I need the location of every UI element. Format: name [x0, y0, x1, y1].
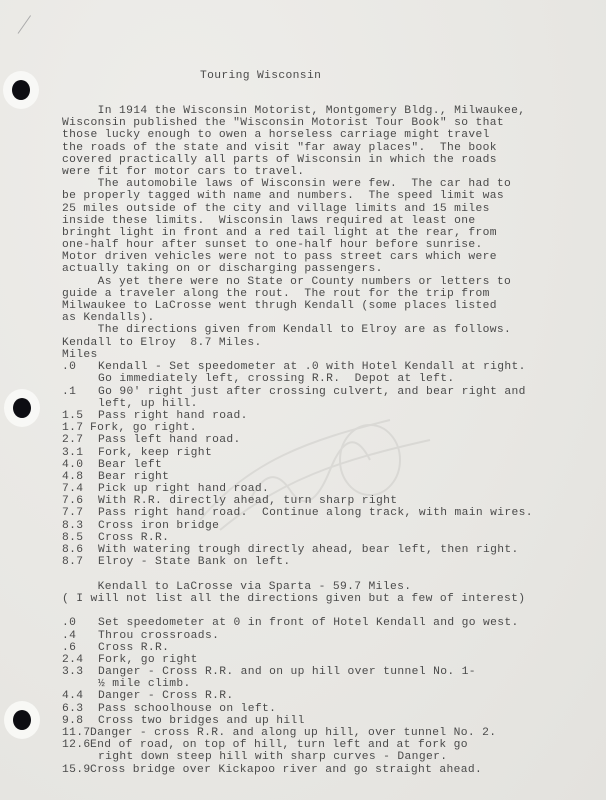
paragraph-line: the roads of the state and visit "far aw… [62, 142, 525, 154]
paragraph-line: Miles [62, 349, 525, 361]
mileage [62, 373, 98, 385]
mileage: 4.0 [62, 459, 98, 471]
direction-text: Cross R.R. [98, 642, 169, 654]
mileage: 2.7 [62, 434, 98, 446]
direction-text: Go immediately left, crossing R.R. Depot… [98, 373, 454, 385]
mileage: 7.4 [62, 483, 98, 495]
mileage: 8.7 [62, 556, 98, 568]
direction-row: 2.7Pass left hand road. [62, 434, 533, 446]
paragraph-line: Wisconsin published the "Wisconsin Motor… [62, 117, 525, 129]
direction-text: With watering trough directly ahead, bea… [98, 544, 519, 556]
paragraph-line: inside these limits. Wisconsin laws requ… [62, 215, 525, 227]
direction-text: With R.R. directly ahead, turn sharp rig… [98, 495, 397, 507]
direction-text: Cross R.R. [98, 532, 169, 544]
mileage: .0 [62, 617, 98, 629]
direction-row: 8.5Cross R.R. [62, 532, 533, 544]
paragraph-line: As yet there were no State or County num… [62, 276, 525, 288]
mileage [62, 678, 98, 690]
paragraph-line: actually taking on or discharging passen… [62, 263, 525, 275]
direction-row: 4.4Danger - Cross R.R. [62, 690, 525, 702]
paragraph-line: those lucky enough to owen a horseless c… [62, 129, 525, 141]
direction-text: Danger - cross R.R. and along up hill, o… [90, 727, 496, 739]
direction-text: left, up hill. [98, 398, 198, 410]
direction-text: Danger - Cross R.R. [98, 690, 233, 702]
paragraph-line: Motor driven vehicles were not to pass s… [62, 251, 525, 263]
mileage: 7.6 [62, 495, 98, 507]
direction-row: 8.7Elroy - State Bank on left. [62, 556, 533, 568]
mileage: .1 [62, 386, 98, 398]
direction-text: Pass right hand road. Continue along tra… [98, 507, 533, 519]
mileage: .4 [62, 630, 98, 642]
direction-row: left, up hill. [62, 398, 533, 410]
mileage: 4.4 [62, 690, 98, 702]
direction-row: .0Kendall - Set speedometer at .0 with H… [62, 361, 533, 373]
direction-row: 6.3Pass schoolhouse on left. [62, 703, 525, 715]
paragraph-line: guide a traveler along the rout. The rou… [62, 288, 525, 300]
paragraph-line: covered practically all parts of Wiscons… [62, 154, 525, 166]
direction-row: 12.6End of road, on top of hill, turn le… [62, 739, 525, 751]
mileage: 1.5 [62, 410, 98, 422]
intro-text: In 1914 the Wisconsin Motorist, Montgome… [62, 105, 525, 361]
paragraph-line: one-half hour after sunset to one-half h… [62, 239, 525, 251]
direction-text: Cross iron bridge [98, 520, 219, 532]
direction-row: .6Cross R.R. [62, 642, 525, 654]
direction-row: Go immediately left, crossing R.R. Depot… [62, 373, 533, 385]
direction-row: .0Set speedometer at 0 in front of Hotel… [62, 617, 525, 629]
direction-row: ½ mile climb. [62, 678, 525, 690]
route-heading: Kendall to LaCrosse via Sparta - 59.7 Mi… [62, 581, 525, 593]
direction-row: 4.8Bear right [62, 471, 533, 483]
mileage: 9.8 [62, 715, 98, 727]
paragraph-line: as Kendalls). [62, 312, 525, 324]
direction-row: 7.7Pass right hand road. Continue along … [62, 507, 533, 519]
mileage: 1.7 [62, 422, 90, 434]
punch-hole-icon [13, 710, 31, 730]
paragraph-line: be properly tagged with name and numbers… [62, 190, 525, 202]
mileage: 4.8 [62, 471, 98, 483]
direction-row: right down steep hill with sharp curves … [62, 751, 525, 763]
mileage: .6 [62, 642, 98, 654]
pencil-mark [18, 15, 31, 34]
paragraph-line: Milwaukee to LaCrosse went thrugh Kendal… [62, 300, 525, 312]
direction-row: 1.5Pass right hand road. [62, 410, 533, 422]
mileage: 8.3 [62, 520, 98, 532]
mileage: 8.5 [62, 532, 98, 544]
direction-text: End of road, on top of hill, turn left a… [90, 739, 468, 751]
direction-row: .1Go 90' right just after crossing culve… [62, 386, 533, 398]
direction-text: Throu crossroads. [98, 630, 219, 642]
direction-text: Pass schoolhouse on left. [98, 703, 276, 715]
paragraph-line: 25 miles outside of the city and village… [62, 203, 525, 215]
direction-text: Bear right [98, 471, 169, 483]
mileage: 2.4 [62, 654, 98, 666]
mileage: 3.1 [62, 447, 98, 459]
direction-text: Go 90' right just after crossing culvert… [98, 386, 526, 398]
punch-hole-icon [13, 398, 31, 418]
direction-row: 7.4Pick up right hand road. [62, 483, 533, 495]
paragraph-line: The automobile laws of Wisconsin were fe… [62, 178, 525, 190]
direction-text: Kendall - Set speedometer at .0 with Hot… [98, 361, 526, 373]
mileage: .0 [62, 361, 98, 373]
document-page: Touring Wisconsin In 1914 the Wisconsin … [0, 0, 606, 800]
route-kendall-elroy: .0Kendall - Set speedometer at .0 with H… [62, 361, 533, 568]
paragraph-line: The directions given from Kendall to Elr… [62, 324, 525, 336]
mileage: 6.3 [62, 703, 98, 715]
direction-text: Fork, go right [98, 654, 198, 666]
direction-text: Cross two bridges and up hill [98, 715, 305, 727]
mileage: 8.6 [62, 544, 98, 556]
mileage: 11.7 [62, 727, 90, 739]
direction-text: Elroy - State Bank on left. [98, 556, 291, 568]
direction-text: Fork, keep right [98, 447, 212, 459]
direction-row: 8.3Cross iron bridge [62, 520, 533, 532]
mileage: 12.6 [62, 739, 90, 751]
paragraph-line: In 1914 the Wisconsin Motorist, Montgome… [62, 105, 525, 117]
direction-row: 3.1Fork, keep right [62, 447, 533, 459]
mileage [62, 398, 98, 410]
route-kendall-lacrosse: Kendall to LaCrosse via Sparta - 59.7 Mi… [62, 581, 525, 776]
route-note: ( I will not list all the directions giv… [62, 593, 525, 605]
direction-text: Bear left [98, 459, 162, 471]
direction-row: 9.8Cross two bridges and up hill [62, 715, 525, 727]
mileage: 15.9 [62, 764, 90, 776]
direction-text: Fork, go right. [90, 422, 197, 434]
direction-text: Pick up right hand road. [98, 483, 269, 495]
direction-text: ½ mile climb. [98, 678, 191, 690]
paragraph-line: were fit for motor cars to travel. [62, 166, 525, 178]
page-title: Touring Wisconsin [200, 70, 321, 82]
paragraph-line: Kendall to Elroy 8.7 Miles. [62, 337, 525, 349]
direction-row: 11.7Danger - cross R.R. and along up hil… [62, 727, 525, 739]
direction-row: 15.9Cross bridge over Kickapoo river and… [62, 764, 525, 776]
direction-row: 4.0Bear left [62, 459, 533, 471]
direction-row: 2.4Fork, go right [62, 654, 525, 666]
direction-text: Pass left hand road. [98, 434, 241, 446]
mileage: 7.7 [62, 507, 98, 519]
direction-text: Danger - Cross R.R. and on up hill over … [98, 666, 476, 678]
direction-row: 8.6With watering trough directly ahead, … [62, 544, 533, 556]
spacer [62, 605, 525, 617]
direction-row: .4Throu crossroads. [62, 630, 525, 642]
direction-text: right down steep hill with sharp curves … [98, 751, 447, 763]
paragraph-line: bringht light in front and a red tail li… [62, 227, 525, 239]
direction-row: 3.3Danger - Cross R.R. and on up hill ov… [62, 666, 525, 678]
mileage [62, 751, 98, 763]
direction-text: Pass right hand road. [98, 410, 248, 422]
direction-text: Cross bridge over Kickapoo river and go … [90, 764, 482, 776]
mileage: 3.3 [62, 666, 98, 678]
punch-hole-icon [12, 80, 30, 100]
direction-row: 1.7Fork, go right. [62, 422, 533, 434]
direction-text: Set speedometer at 0 in front of Hotel K… [98, 617, 519, 629]
direction-row: 7.6With R.R. directly ahead, turn sharp … [62, 495, 533, 507]
